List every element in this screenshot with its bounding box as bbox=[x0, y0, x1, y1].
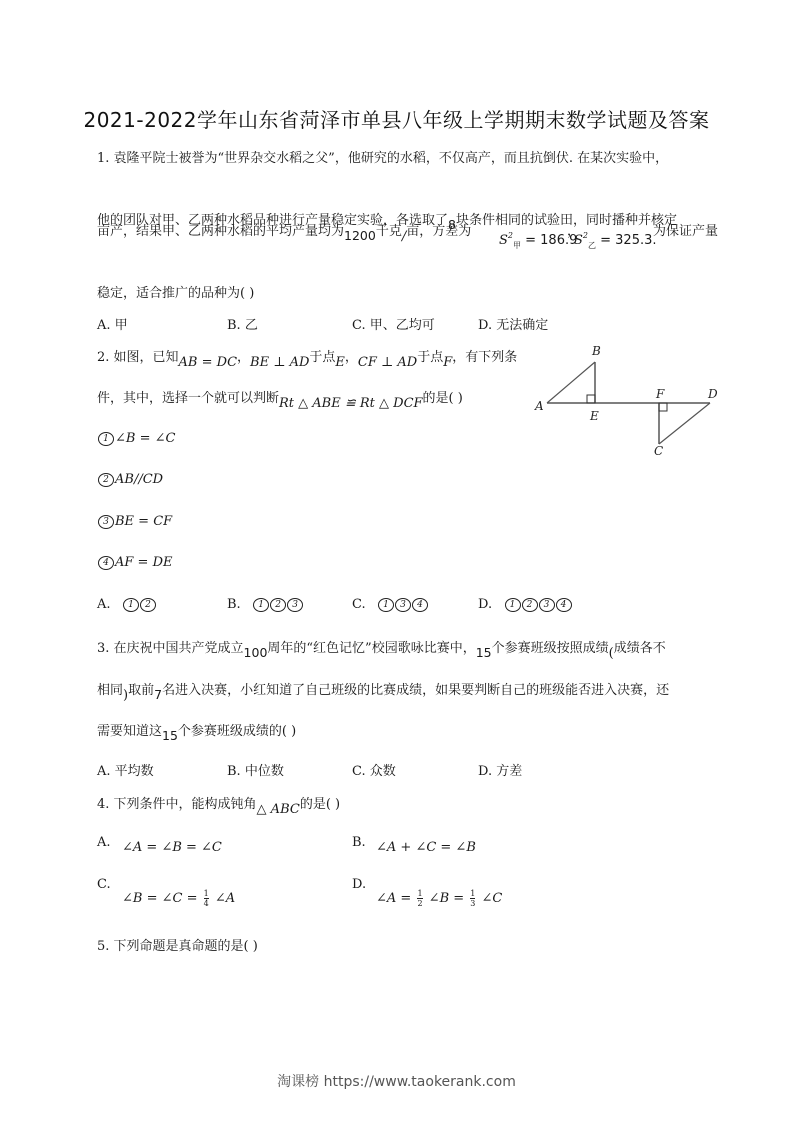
q1-option-c: C. 甲、乙均可 bbox=[352, 314, 435, 333]
q1-line-1: 1. 袁隆平院士被誉为“世界杂交水稻之父”，他研究的水稻，不仅高产，而且抗倒伏.… bbox=[97, 147, 668, 166]
question-5: 5. 下列命题是真命题的是( ) bbox=[97, 935, 258, 954]
q4-option-b-label: B. bbox=[352, 835, 366, 850]
q2-line-2: 件，其中，选择一个就可以判断Rt △ ABE ≌ Rt △ DCF的是( ) bbox=[97, 387, 463, 406]
q2-option-c: C. 134 bbox=[352, 597, 429, 612]
footer-watermark: 淘课榜 https://www.taokerank.com bbox=[0, 1071, 793, 1091]
q2-line-1: 2. 如图，已知AB = DC，BE ⊥ AD于点E，CF ⊥ AD于点F，有下… bbox=[97, 346, 517, 365]
q3-option-c: C. 众数 bbox=[352, 760, 396, 779]
q4-option-a-label: A. bbox=[97, 835, 111, 850]
q1-line-4: 稳定，适合推广的品种为( ) bbox=[97, 282, 254, 301]
document-title: 2021-2022学年山东省菏泽市单县八年级上学期期末数学试题及答案 bbox=[0, 104, 793, 133]
q4-line-1: 4. 下列条件中，能构成钝角△ ABC的是( ) bbox=[97, 793, 340, 812]
q1-yield-value: 1200 bbox=[344, 228, 376, 243]
q3-option-d: D. 方差 bbox=[478, 760, 522, 779]
q3-line-2: 相同)取前7名进入决赛，小红知道了自己班级的比赛成绩，如果要判断自己的班级能否进… bbox=[97, 679, 669, 698]
q2-option-b: B. 123 bbox=[227, 597, 304, 612]
q2-condition-3: 3BE = CF bbox=[98, 514, 172, 529]
point-label-f: F bbox=[655, 387, 665, 401]
q4-option-b-expr: ∠A + ∠C = ∠B bbox=[376, 840, 476, 855]
q3-line-3: 需要知道这15个参赛班级成绩的( ) bbox=[97, 720, 296, 739]
q4-option-d-label: D. bbox=[352, 877, 366, 892]
point-label-b: B bbox=[591, 344, 601, 358]
point-label-d: D bbox=[707, 387, 718, 401]
q1-variance-jia: S2甲 = 186.9 bbox=[499, 233, 577, 248]
q2-option-a: A. 12 bbox=[97, 597, 157, 612]
q1-option-d: D. 无法确定 bbox=[478, 314, 548, 333]
point-label-a: A bbox=[534, 399, 544, 413]
q3-option-b: B. 中位数 bbox=[227, 760, 284, 779]
q4-option-c-expr: ∠B = ∠C = 14 ∠A bbox=[122, 889, 235, 908]
q2-condition-2: 2AB//CD bbox=[98, 472, 163, 487]
point-label-e: E bbox=[589, 409, 599, 423]
q2-condition-4: 4AF = DE bbox=[98, 555, 172, 570]
q4-option-c-label: C. bbox=[97, 877, 111, 892]
q4-option-d-expr: ∠A = 12 ∠B = 13 ∠C bbox=[376, 889, 502, 908]
q1-variance-yi: S2乙 = 325.3. bbox=[574, 233, 657, 248]
q1-option-b: B. 乙 bbox=[227, 314, 258, 333]
q1-option-a: A. 甲 bbox=[97, 314, 128, 333]
q2-condition-1: 1∠B = ∠C bbox=[98, 431, 175, 446]
point-label-c: C bbox=[654, 444, 663, 458]
q3-option-a: A. 平均数 bbox=[97, 760, 154, 779]
q3-line-1: 3. 在庆祝中国共产党成立100周年的“红色记忆”校园歌咏比赛中，15个参赛班级… bbox=[97, 637, 666, 656]
q1-line-3: 亩产，结果甲、乙两种水稻的平均产量均为1200千克/亩，方差为 bbox=[97, 220, 471, 239]
q4-option-a-expr: ∠A = ∠B = ∠C bbox=[122, 840, 222, 855]
q2-option-d: D. 1234 bbox=[478, 597, 573, 612]
geometry-figure: A B E F D C bbox=[530, 340, 740, 465]
